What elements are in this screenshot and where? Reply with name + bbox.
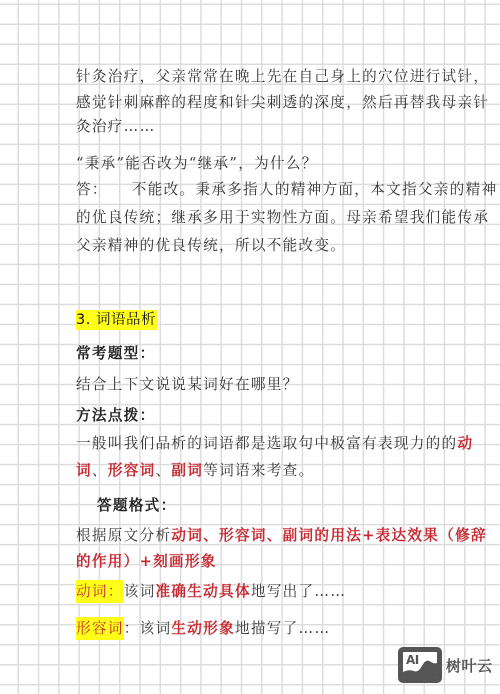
adjective-red: 生动形象 — [171, 620, 235, 637]
red-word-3: 副词 — [171, 462, 203, 479]
common-type-text: 结合上下文说说某词好在哪里？ — [76, 375, 299, 395]
separator: 、 — [92, 462, 108, 479]
answer-text-1: 不能改。秉承多指人的精神方面，本文指父亲的精神 — [132, 181, 498, 198]
method-line-2: 词、形容词、副词等词语来考查。 — [76, 461, 314, 481]
verb-red: 准确生动具体 — [155, 583, 250, 600]
adjective-colon: ： — [124, 620, 140, 637]
common-type-label: 常考题型： — [76, 344, 155, 364]
verb-template: 动词：该词准确生动具体地写出了…… — [76, 582, 346, 602]
verb-text-2: 地写出了…… — [251, 583, 346, 600]
separator: 、 — [156, 462, 172, 479]
answer-label: 答： — [76, 181, 108, 198]
answer-line-2: 的优良传统；继承多用于实物性方面。母亲希望我们能传承 — [76, 208, 489, 228]
format-line-1: 根据原文分析动词、形容词、副词的用法+表达效果（修辞 — [76, 526, 487, 546]
red-word-2: 形容词 — [108, 462, 156, 479]
question-text: “秉承”能否改为“继承”，为什么？ — [76, 154, 318, 174]
format-line-2: 的作用）+刻画形象 — [76, 552, 217, 572]
passage-line-1: 针灸治疗，父亲常常在晚上先在自己身上的穴位进行试针， — [76, 67, 489, 87]
passage-line-2: 感觉针刺麻醉的程度和针尖刺透的深度，然后再替我母亲针 — [76, 93, 489, 113]
adjective-text-1: 该词 — [140, 620, 172, 637]
adjective-text-2: 地描写了…… — [235, 620, 330, 637]
mountain-icon — [403, 652, 437, 678]
red-word-1: 词 — [76, 462, 92, 479]
ai-image-logo-icon: AI — [398, 647, 442, 683]
method-label: 方法点拨： — [76, 406, 155, 426]
adjective-template: 形容词：该词生动形象地描写了…… — [76, 619, 330, 639]
verb-label: 动词： — [76, 580, 124, 603]
adjective-label: 形容词 — [76, 617, 124, 640]
answer-line-3: 父亲精神的优良传统，所以不能改变。 — [76, 236, 346, 256]
method-suffix: 等词语来考查。 — [203, 462, 314, 479]
verb-text-1: 该词 — [124, 583, 156, 600]
method-red-text: 动 — [457, 435, 473, 452]
section-heading-row: 3. 词语品析 — [76, 310, 157, 330]
format-prefix: 根据原文分析 — [76, 527, 171, 544]
method-text: 一般叫我们品析的词语都是选取句中极富有表现力的的 — [76, 435, 457, 452]
watermark-brand: 树叶云 — [446, 655, 493, 676]
passage-line-3: 灸治疗…… — [76, 117, 155, 137]
format-label: 答题格式： — [97, 496, 176, 516]
section-heading: 3. 词语品析 — [76, 310, 157, 330]
method-line-1: 一般叫我们品析的词语都是选取句中极富有表现力的的动 — [76, 434, 473, 454]
format-red-1: 动词、形容词、副词的用法+表达效果（修辞 — [171, 527, 487, 544]
answer-line-1: 答：不能改。秉承多指人的精神方面，本文指父亲的精神 — [76, 180, 497, 200]
